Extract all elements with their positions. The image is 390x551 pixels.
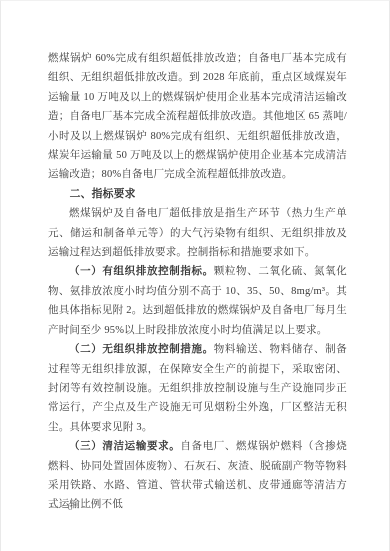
paragraph-continued-from-previous-page: 燃煤锅炉 60%完成有组织超低排放改造；自备电厂基本完成有组织、无组织超低排放改… [48, 49, 347, 185]
document-page: 燃煤锅炉 60%完成有组织超低排放改造；自备电厂基本完成有组织、无组织超低排放改… [0, 0, 390, 551]
page-body-text: 燃煤锅炉 60%完成有组织超低排放改造；自备电厂基本完成有组织、无组织超低排放改… [48, 49, 347, 515]
paragraph-item-2: （二）无组织排放控制措施。物料输送、物料储存、制备过程等无组织排放源，在保障安全… [48, 340, 347, 437]
item-2-body-text: 物料输送、物料储存、制备过程等无组织排放源，在保障安全生产的前提下，采取密闭、封… [48, 344, 347, 433]
item-1-lead-organized-emission-control-indicators: （一）有组织排放控制指标。 [69, 265, 214, 277]
section-heading-2-indicator-requirements: 二、指标要求 [48, 185, 347, 204]
item-2-lead-fugitive-emission-control-measures: （二）无组织排放控制措施。 [69, 343, 214, 355]
item-3-lead-clean-transport-requirements: （三）清洁运输要求。 [69, 440, 180, 452]
paragraph-intro-definition: 燃煤锅炉及自备电厂超低排放是指生产环节（热力生产单元、储运和制备单元等）的大气污… [48, 204, 347, 262]
page-number: — 6 — [49, 501, 92, 515]
paragraph-item-1: （一）有组织排放控制指标。颗粒物、二氧化硫、氮氧化物、氨排放浓度小时均值分别不高… [48, 262, 347, 340]
paragraph-item-3: （三）清洁运输要求。自备电厂、燃煤锅炉燃料（含掺烧燃料、协同处置固体废物）、石灰… [48, 437, 347, 515]
